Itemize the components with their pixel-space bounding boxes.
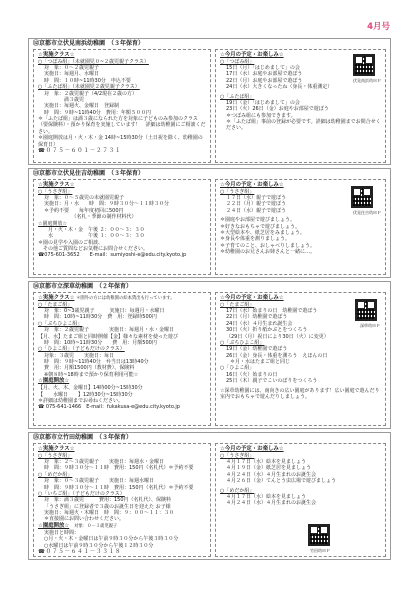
phone-number[interactable]: ☎０７５－６０１－２７３１ xyxy=(38,148,206,155)
qr-label: 伏見南浜幼ＨＰ xyxy=(353,78,381,83)
qr-code-icon[interactable] xyxy=(355,299,377,321)
qr-label: 伏見住吉幼ＨＰ xyxy=(353,210,381,215)
section-title: ⑮京都市立竹田幼稚園 （３年保育） xyxy=(29,433,390,443)
classes-header: ☆実施クラス☆ xyxy=(38,182,206,189)
schedule-panel: ☆今月の予定・お楽しみ☆ ○「つぼみ組」 15日（月）「はじめまして」の会 17… xyxy=(215,49,386,163)
note: ＊「ふたば組」事前の登録が必要です。詳細は幼稚園までお問合せください。 xyxy=(220,119,381,132)
header-note: ＊園外の方には幼稚園の絵本貸出も行っています。 xyxy=(76,296,174,301)
note: ＊幼稚園のお兄さんお姉さんと一緒に…。 xyxy=(220,249,381,255)
open-garden-target: 対象：０－３歳児親子 xyxy=(74,524,117,529)
contact-line[interactable]: ☎075-601-3652 E-mail：sumiyoshi-e@edu.cit… xyxy=(38,252,206,258)
classes-header: ☆実施クラス☆ xyxy=(38,446,206,453)
section-takeda: ⑮京都市立竹田幼稚園 （３年保育） ☆実施クラス☆ ○「うさぎ組」 対 象：２～… xyxy=(28,432,391,560)
month-label: 4月号 xyxy=(367,22,390,33)
class-detail: 時 間：９時３０分～１１時 費用：150円（名札代）＊予約不要 xyxy=(38,485,206,491)
schedule-panel: ☆今月の予定・お楽しみ☆ ○「うさぎ組」 １７日（水）親子で遊ぼう ２２日（月）… xyxy=(215,179,386,275)
classes-panel: ☆実施クラス☆ ○「うさぎ組」 対 象：０～５歳児の未就園児親子 実施日：月・水… xyxy=(33,179,211,275)
note: ☆深草幼稚園には、南向きの広い園庭があります！広い園庭で遊んだり室内でおもちゃで… xyxy=(220,388,381,401)
schedule-header: ☆今月の予定・お楽しみ☆ xyxy=(220,446,381,453)
schedule-item: ４月２４日（水）４月生まれのお誕生会 xyxy=(220,500,381,506)
schedule-panel: ☆今月の予定・お楽しみ☆ ○「うさぎ組」 ４月１７日（水）絵本を見ましょう ４月… xyxy=(215,443,386,557)
section-fukakusa: ⑭京都市立深草幼稚園 （２年保育） ☆実施クラス☆ ＊園外の方には幼稚園の絵本貸… xyxy=(28,281,391,429)
contact-line[interactable]: ☎ 075-641-1466 E-mail：fukakusa-e@edu.cit… xyxy=(38,404,206,410)
section-sumiyoshi: ⑬京都市立伏見住吉幼稚園 （３年保育） ☆実施クラス☆ ○「うさぎ組」 対 象：… xyxy=(28,168,391,278)
qr-label: 深草幼ＨＰ xyxy=(360,323,380,328)
classes-panel: ☆実施クラス☆ ○「つぼみ組」（未就園児０~２歳児親子クラス） 対 象：０～２歳… xyxy=(33,49,211,163)
qr-code-icon[interactable] xyxy=(353,54,375,76)
section-title: ⑫京都市立伏見南浜幼稚園 （３年保育） xyxy=(29,39,390,49)
classes-header: ☆実施クラス☆ xyxy=(38,52,206,59)
classes-panel: ☆実施クラス☆ ＊園外の方には幼稚園の絵本貸出も行っています。 ○「たまご組」 … xyxy=(33,292,211,426)
qr-code-icon[interactable] xyxy=(351,186,373,208)
section-title: ⑭京都市立深草幼稚園 （２年保育） xyxy=(29,282,390,292)
class-detail: 時 間：９時３０分～１１時 費用：150円（名札代）＊予約不要 xyxy=(38,465,206,471)
qr-label: 竹田幼ＨＰ xyxy=(310,548,330,553)
qr-code-icon[interactable] xyxy=(308,524,330,546)
classes-panel: ☆実施クラス☆ ○「うさぎ組」 対 象：２～３歳児親子 実施日：毎週水・金曜日 … xyxy=(33,443,211,557)
note: ＊園庭開放は月・火・木・金 14時~15時30分（土日祝を除く、幼稚園の保育日） xyxy=(38,135,206,148)
open-garden-header: ☆園庭開放☆ xyxy=(38,523,69,529)
classes-header: ☆実施クラス☆ xyxy=(38,295,74,301)
schedule-panel: ☆今月の予定・お楽しみ☆ ○「たまご組」 17日（水）始まりの日 幼稚園で遊ぼう… xyxy=(215,292,386,426)
phone-number[interactable]: ☎０７５－６４１－３３１８ xyxy=(38,549,206,556)
note: ＊「ふたば組」は満３歳になられた方を対象に子どものみ参加のクラス（要保険料）・預… xyxy=(38,116,206,135)
section-title: ⑬京都市立伏見住吉幼稚園 （３年保育） xyxy=(29,169,390,179)
section-minamihama: ⑫京都市立伏見南浜幼稚園 （３年保育） ☆実施クラス☆ ○「つぼみ組」（未就園児… xyxy=(28,38,391,165)
